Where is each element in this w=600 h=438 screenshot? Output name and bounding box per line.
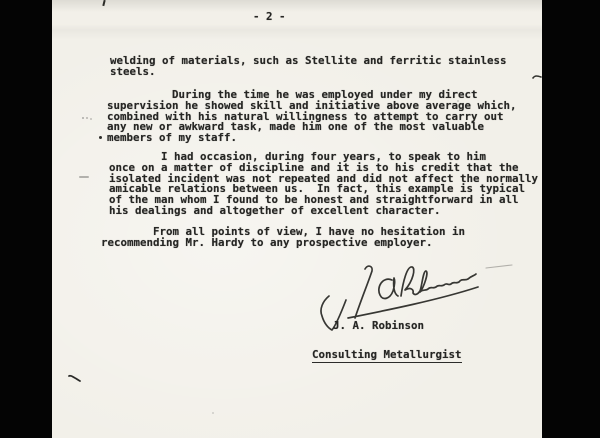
scan-artifact (212, 412, 214, 414)
page-number: - 2 - (253, 12, 286, 23)
typed-signatory-name: J. A. Robinson (333, 321, 424, 332)
paragraph-2: During the time he was employed under my… (107, 90, 517, 144)
paragraph-4: From all points of view, I have no hesit… (101, 227, 465, 249)
signatory-title-text: Consulting Metallurgist (312, 350, 462, 363)
scan-artifact (82, 117, 84, 119)
text-line: his dealings and altogether of excellent… (109, 206, 538, 217)
text-line: members of my staff. (107, 133, 517, 144)
text-line: welding of materials, such as Stellite a… (110, 56, 507, 67)
scan-artifact (68, 374, 82, 382)
scan-artifact (99, 136, 102, 139)
text-line: steels. (110, 67, 507, 78)
document-page: - 2 - welding of materials, such as Stel… (52, 0, 542, 438)
paragraph-1: welding of materials, such as Stellite a… (110, 56, 507, 78)
scan-artifact (102, 0, 105, 6)
scan-artifact (532, 74, 542, 80)
signatory-title: Consulting Metallurgist (312, 343, 462, 363)
scan-artifact (79, 176, 89, 178)
scan-background: - 2 - welding of materials, such as Stel… (0, 0, 600, 438)
paragraph-3: I had occasion, during four years, to sp… (109, 152, 538, 217)
text-line: recommending Mr. Hardy to any prospectiv… (101, 238, 465, 249)
